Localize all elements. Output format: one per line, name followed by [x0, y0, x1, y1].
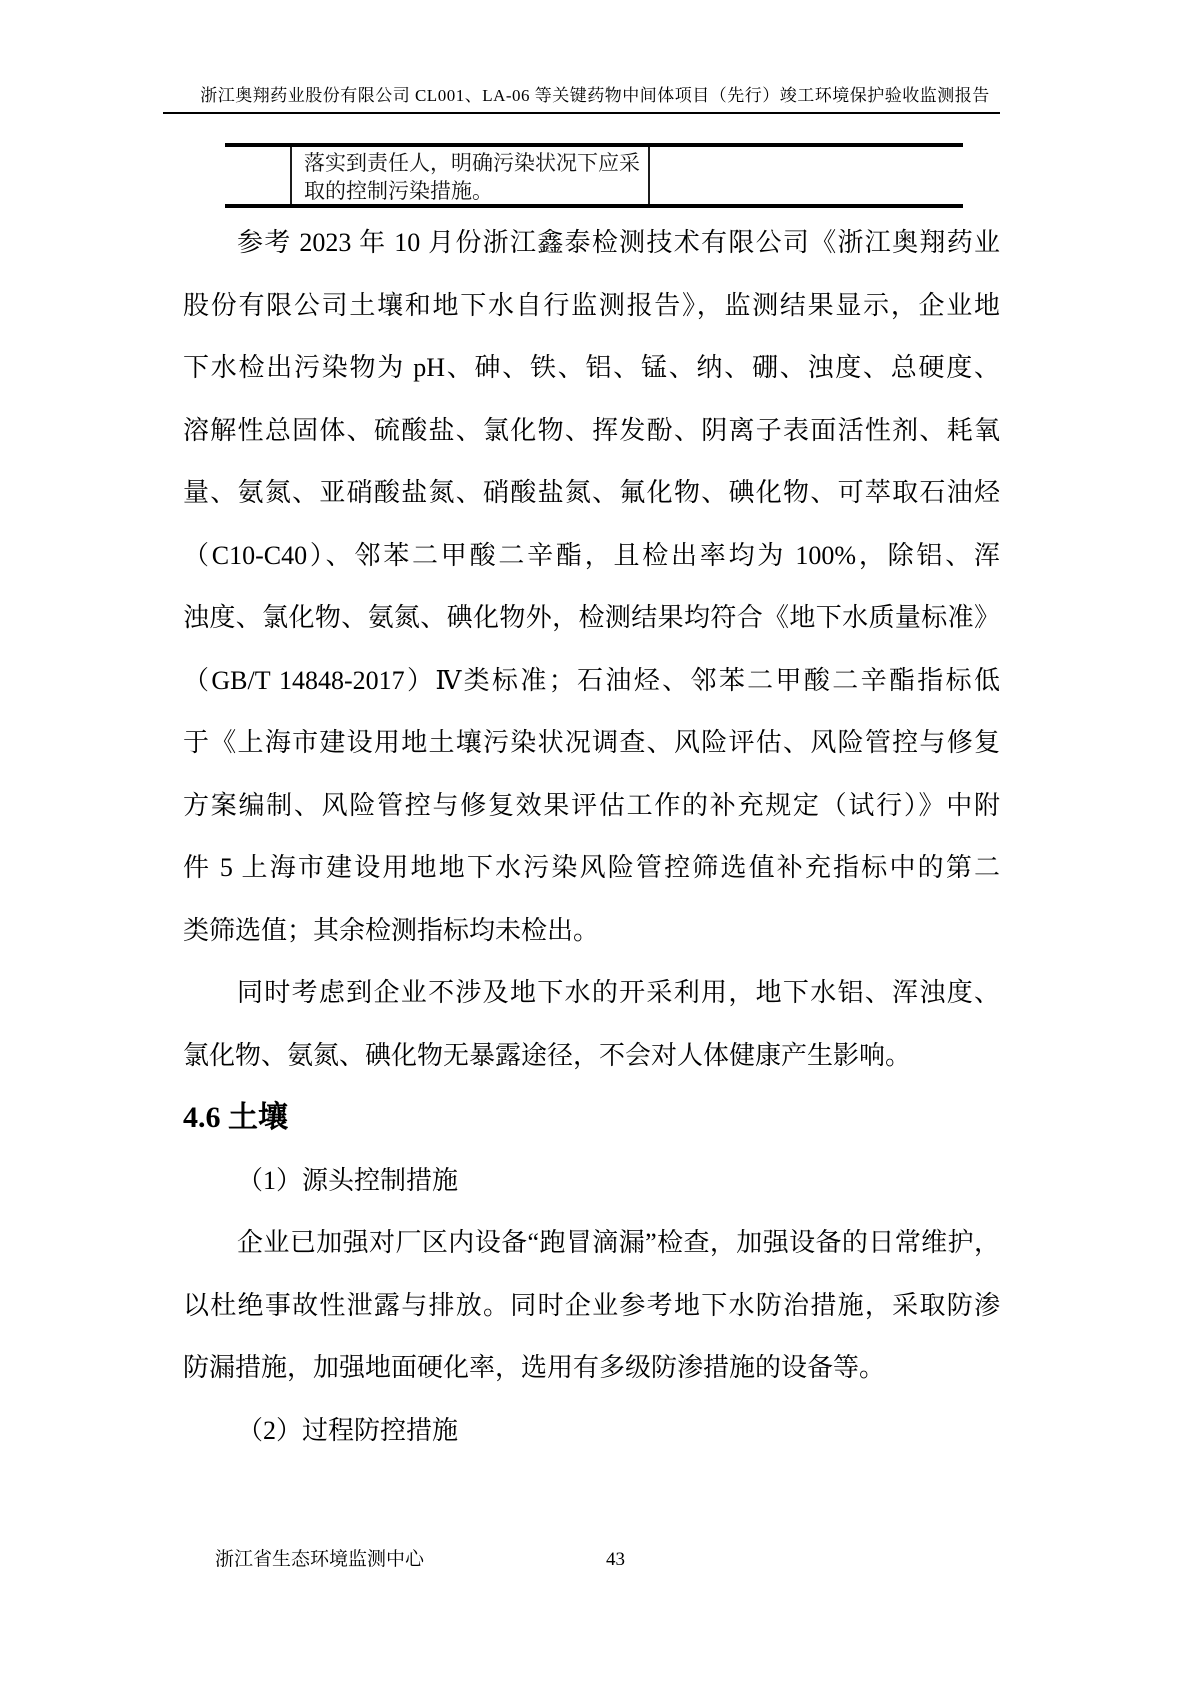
- body-line: 件 5 上海市建设用地地下水污染风险管控筛选值补充指标中的第二: [183, 837, 1000, 900]
- table-cell-empty-left: [225, 147, 292, 204]
- table-cell-text-line2: 取的控制污染措施。: [304, 177, 644, 205]
- body-line: （1）源头控制措施: [183, 1150, 1000, 1213]
- body-line: （C10-C40）、邻苯二甲酸二辛酯，且检出率均为 100%，除铝、浑: [183, 525, 1000, 588]
- body-line: 浊度、氯化物、氨氮、碘化物外，检测结果均符合《地下水质量标准》: [183, 587, 1000, 650]
- body-line: 于《上海市建设用地土壤污染状况调查、风险评估、风险管控与修复: [183, 712, 1000, 775]
- body-line: 氯化物、氨氮、碘化物无暴露途径，不会对人体健康产生影响。: [183, 1025, 1000, 1088]
- body-line: 股份有限公司土壤和地下水自行监测报告》，监测结果显示，企业地: [183, 275, 1000, 338]
- page-number: 43: [606, 1549, 625, 1571]
- header-title: 浙江奥翔药业股份有限公司 CL001、LA-06 等关键药物中间体项目（先行）竣…: [0, 86, 1190, 106]
- body-line: 参考 2023 年 10 月份浙江鑫泰检测技术有限公司《浙江奥翔药业: [183, 212, 1000, 275]
- section-heading: 4.6 土壤: [183, 1087, 1000, 1150]
- body-line: 防漏措施，加强地面硬化率，选用有多级防渗措施的设备等。: [183, 1337, 1000, 1400]
- body-line: 同时考虑到企业不涉及地下水的开采利用，地下水铝、浑浊度、: [183, 962, 1000, 1025]
- body-text: 参考 2023 年 10 月份浙江鑫泰检测技术有限公司《浙江奥翔药业股份有限公司…: [183, 212, 1000, 1462]
- table-fragment: 落实到责任人，明确污染状况下应采 取的控制污染措施。: [225, 143, 963, 208]
- body-line: （2）过程防控措施: [183, 1400, 1000, 1463]
- body-line: 下水检出污染物为 pH、砷、铁、铝、锰、纳、硼、浊度、总硬度、: [183, 337, 1000, 400]
- footer-organization: 浙江省生态环境监测中心: [215, 1549, 424, 1571]
- body-line: 企业已加强对厂区内设备“跑冒滴漏”检查，加强设备的日常维护，: [183, 1212, 1000, 1275]
- body-line: 以杜绝事故性泄露与排放。同时企业参考地下水防治措施，采取防渗: [183, 1275, 1000, 1338]
- body-line: 方案编制、风险管控与修复效果评估工作的补充规定（试行）》中附: [183, 775, 1000, 838]
- table-cell-empty-right: [650, 147, 963, 204]
- body-line: （GB/T 14848-2017）Ⅳ类标准；石油烃、邻苯二甲酸二辛酯指标低: [183, 650, 1000, 713]
- body-line: 量、氨氮、亚硝酸盐氮、硝酸盐氮、氟化物、碘化物、可萃取石油烃: [183, 462, 1000, 525]
- table-cell-text: 落实到责任人，明确污染状况下应采 取的控制污染措施。: [292, 147, 650, 204]
- table-cell-text-line1: 落实到责任人，明确污染状况下应采: [304, 149, 644, 177]
- document-page: 浙江奥翔药业股份有限公司 CL001、LA-06 等关键药物中间体项目（先行）竣…: [0, 0, 1190, 1683]
- body-line: 类筛选值；其余检测指标均未检出。: [183, 900, 1000, 963]
- body-line: 溶解性总固体、硫酸盐、氯化物、挥发酚、阴离子表面活性剂、耗氧: [183, 400, 1000, 463]
- header-rule: [163, 112, 1000, 114]
